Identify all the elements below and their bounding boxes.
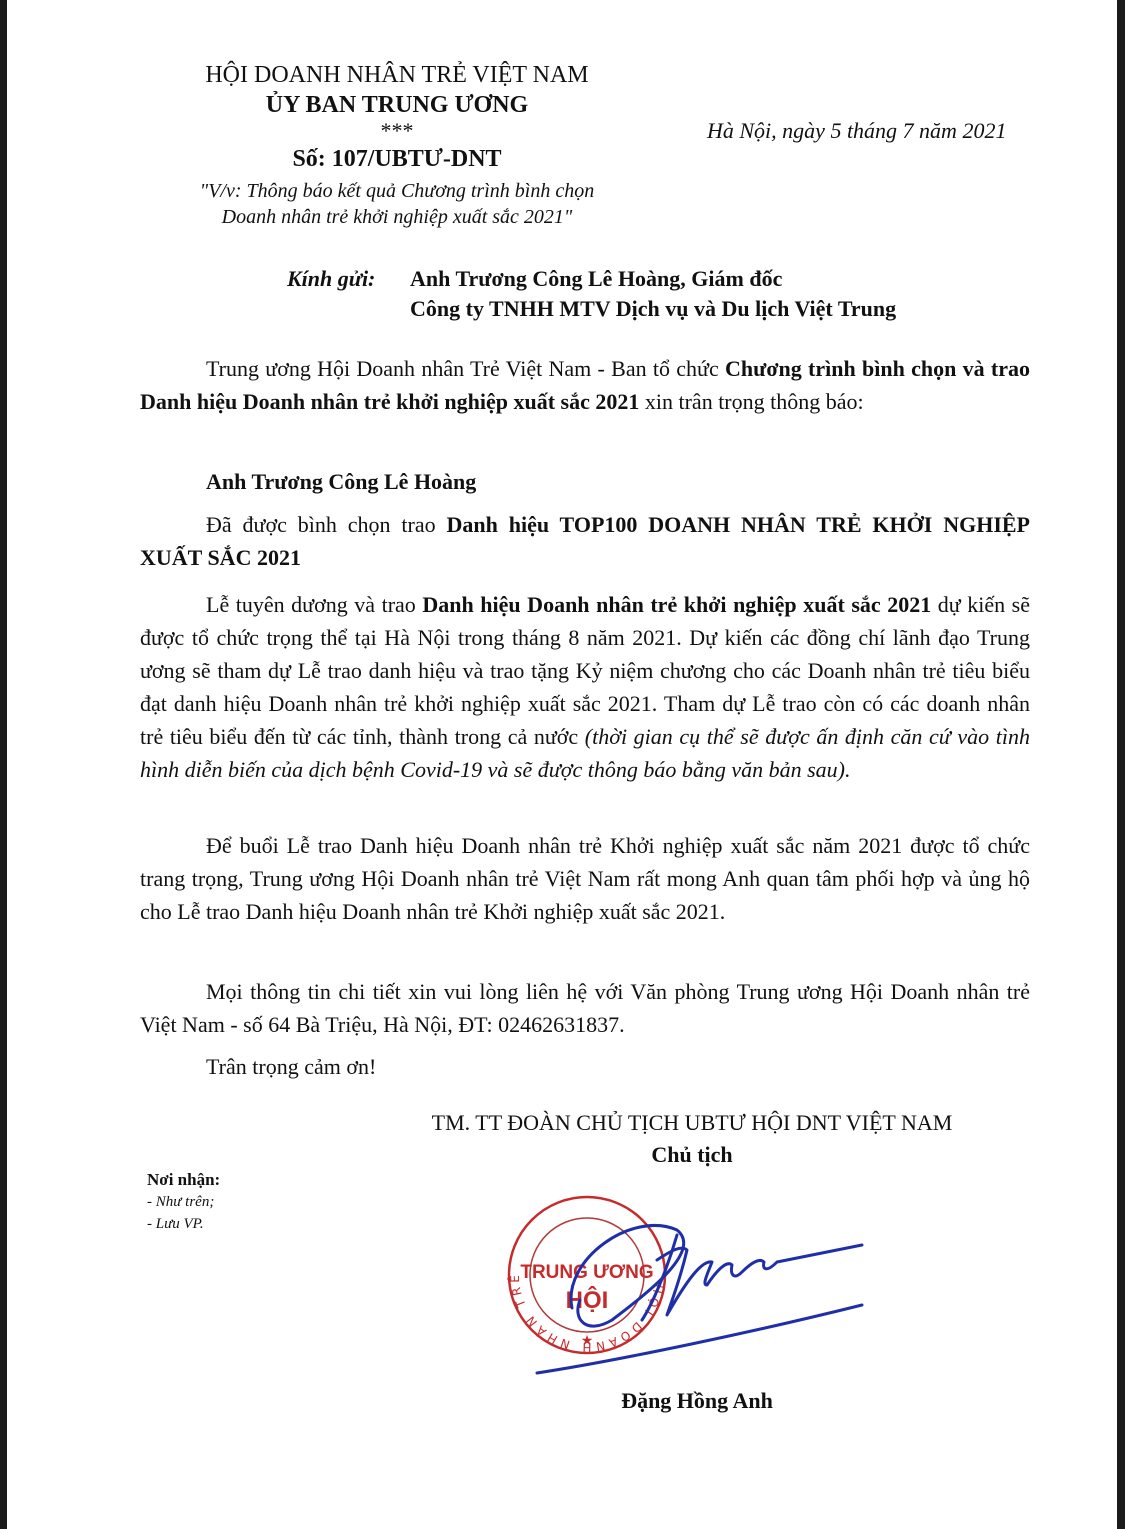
recipients-item: - Như trên; — [147, 1194, 214, 1211]
organization-name: HỘI DOANH NHÂN TRẺ VIỆT NAM — [157, 62, 637, 89]
recipient-line-2: Công ty TNHH MTV Dịch vụ và Du lịch Việt… — [410, 296, 896, 322]
paragraph-intro: Trung ương Hội Doanh nhân Trẻ Việt Nam -… — [140, 352, 1030, 418]
closing: Trân trọng cảm ơn! — [140, 1050, 1030, 1083]
document-page: HỘI DOANH NHÂN TRẺ VIỆT NAM ỦY BAN TRUNG… — [7, 0, 1117, 1529]
paragraph-contact: Mọi thông tin chi tiết xin vui lòng liên… — [140, 975, 1030, 1041]
signer-name: Đặng Hồng Anh — [567, 1388, 827, 1414]
intro-text-end: xin trân trọng thông báo: — [639, 389, 863, 414]
stamp-center-line-1: TRUNG ƯƠNG — [520, 1262, 653, 1283]
paragraph-request: Để buổi Lễ trao Danh hiệu Doanh nhân trẻ… — [140, 829, 1030, 928]
signature-title: Chủ tịch — [377, 1142, 1007, 1168]
header-separator: *** — [157, 118, 637, 144]
recipients-label: Nơi nhận: — [147, 1170, 220, 1190]
ceremony-title: Danh hiệu Doanh nhân trẻ khởi nghiệp xuấ… — [422, 592, 931, 617]
award-text: Đã được bình chọn trao — [206, 512, 446, 537]
place-date: Hà Nội, ngày 5 tháng 7 năm 2021 — [707, 118, 1006, 144]
contact-text: Mọi thông tin chi tiết xin vui lòng liên… — [140, 975, 1030, 1041]
ceremony-text: Lễ tuyên dương và trao — [206, 592, 422, 617]
document-subject: "V/v: Thông báo kết quả Chương trình bìn… — [157, 178, 637, 230]
intro-text: Trung ương Hội Doanh nhân Trẻ Việt Nam -… — [206, 356, 725, 381]
signature-on-behalf: TM. TT ĐOÀN CHỦ TỊCH UBTƯ HỘI DNT VIỆT N… — [377, 1110, 1007, 1136]
document-number: Số: 107/UBTƯ-DNT — [157, 146, 637, 173]
subject-line-2: Doanh nhân trẻ khởi nghiệp xuất sắc 2021… — [157, 204, 637, 230]
paragraph-award: Đã được bình chọn trao Danh hiệu TOP100 … — [140, 508, 1030, 574]
committee-name: ỦY BAN TRUNG ƯƠNG — [157, 92, 637, 119]
recipient-label: Kính gửi: — [287, 266, 375, 292]
official-stamp: HỘI DOANH NHÂN TRẺ VIỆT NAM ★ TRUNG ƯƠNG… — [502, 1190, 666, 1354]
subject-line-1: "V/v: Thông báo kết quả Chương trình bìn… — [157, 178, 637, 204]
recipient-line-1: Anh Trương Công Lê Hoàng, Giám đốc — [410, 266, 782, 292]
official-stamp-and-signature: HỘI DOANH NHÂN TRẺ VIỆT NAM ★ TRUNG ƯƠNG… — [502, 1190, 872, 1380]
star-icon: ★ — [581, 1334, 594, 1349]
awardee-text: Anh Trương Công Lê Hoàng — [140, 465, 1030, 498]
request-text: Để buổi Lễ trao Danh hiệu Doanh nhân trẻ… — [140, 829, 1030, 928]
closing-text: Trân trọng cảm ơn! — [140, 1050, 1030, 1083]
recipients-item: - Lưu VP. — [147, 1216, 204, 1233]
paragraph-ceremony: Lễ tuyên dương và trao Danh hiệu Doanh n… — [140, 588, 1030, 786]
awardee-name: Anh Trương Công Lê Hoàng — [140, 465, 1030, 498]
